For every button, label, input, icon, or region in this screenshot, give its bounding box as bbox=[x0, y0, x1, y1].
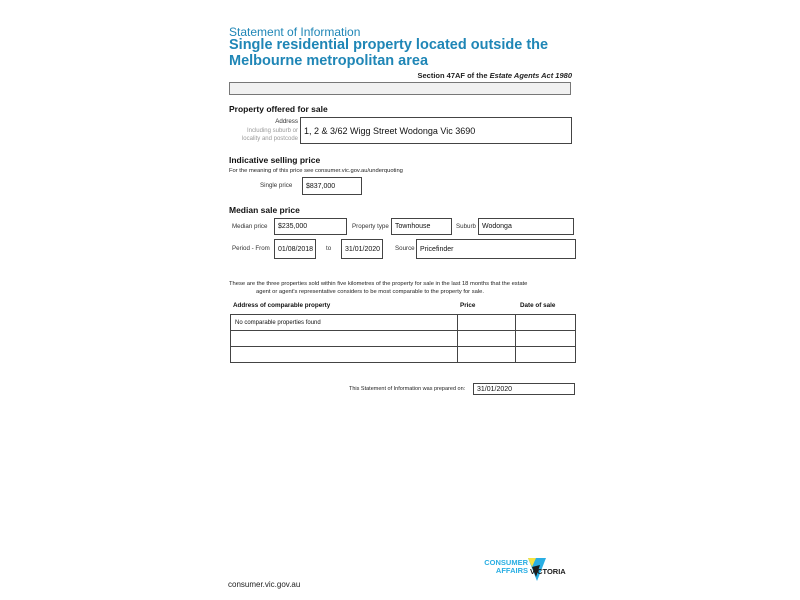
logo-text-victoria: VICTORIA bbox=[530, 567, 566, 576]
comparables-intro-line-1: These are the three properties sold with… bbox=[229, 280, 575, 288]
property-heading: Property offered for sale bbox=[229, 104, 328, 114]
median-price-label: Median price bbox=[232, 223, 267, 230]
address-hint-2: locality and postcode bbox=[230, 135, 298, 144]
comparables-table: No comparable properties found bbox=[230, 314, 576, 363]
comparable-address-cell[interactable] bbox=[230, 330, 458, 347]
col-header-price: Price bbox=[460, 302, 475, 309]
suburb-label: Suburb bbox=[456, 223, 476, 230]
table-row bbox=[230, 330, 576, 347]
period-from-label: Period - From bbox=[232, 245, 270, 252]
comparable-date-cell[interactable] bbox=[515, 346, 576, 363]
property-type-field[interactable]: Townhouse bbox=[391, 218, 452, 235]
address-field[interactable]: 1, 2 & 3/62 Wigg Street Wodonga Vic 3690 bbox=[300, 117, 572, 144]
section-reference: Section 47AF of the Estate Agents Act 19… bbox=[418, 71, 573, 80]
address-hint-1: Including suburb or bbox=[230, 127, 298, 136]
period-to-label: to bbox=[326, 245, 331, 252]
document-page: Statement of Information Single resident… bbox=[200, 0, 600, 600]
indicative-heading: Indicative selling price bbox=[229, 155, 320, 165]
prepared-on-label: This Statement of Information was prepar… bbox=[349, 386, 465, 392]
table-row: No comparable properties found bbox=[230, 314, 576, 331]
comparable-price-cell[interactable] bbox=[457, 330, 516, 347]
address-label-group: Address Including suburb or locality and… bbox=[230, 118, 298, 144]
source-field[interactable]: Pricefinder bbox=[416, 239, 576, 259]
comparables-intro: These are the three properties sold with… bbox=[229, 280, 575, 296]
underquoting-note: For the meaning of this price see consum… bbox=[229, 168, 403, 174]
col-header-address: Address of comparable property bbox=[233, 302, 330, 309]
single-price-label: Single price bbox=[260, 182, 292, 189]
comparables-intro-line-2: agent or agent's representative consider… bbox=[229, 288, 575, 296]
consumer-affairs-victoria-logo: CONSUMER AFFAIRS VICTORIA bbox=[480, 555, 580, 585]
comparable-price-cell[interactable] bbox=[457, 346, 516, 363]
period-from-field[interactable]: 01/08/2018 bbox=[274, 239, 316, 259]
median-heading: Median sale price bbox=[229, 205, 300, 215]
comparable-date-cell[interactable] bbox=[515, 314, 576, 331]
footer-url: consumer.vic.gov.au bbox=[228, 580, 300, 589]
period-to-field[interactable]: 31/01/2020 bbox=[341, 239, 383, 259]
logo-text-consumer-affairs: CONSUMER AFFAIRS bbox=[480, 559, 528, 575]
act-name: Estate Agents Act 1980 bbox=[490, 71, 572, 80]
source-label: Source bbox=[395, 245, 415, 252]
comparable-address-cell[interactable]: No comparable properties found bbox=[230, 314, 458, 331]
comparable-date-cell[interactable] bbox=[515, 330, 576, 347]
prepared-on-field[interactable]: 31/01/2020 bbox=[473, 383, 575, 395]
document-title: Single residential property located outs… bbox=[229, 37, 589, 69]
table-row bbox=[230, 346, 576, 363]
address-label: Address bbox=[230, 118, 298, 127]
col-header-date: Date of sale bbox=[520, 302, 555, 309]
property-type-label: Property type bbox=[352, 223, 389, 230]
comparable-address-cell[interactable] bbox=[230, 346, 458, 363]
agent-details-bar[interactable] bbox=[229, 82, 571, 95]
suburb-field[interactable]: Wodonga bbox=[478, 218, 574, 235]
title-line-2: Melbourne metropolitan area bbox=[229, 53, 589, 69]
median-price-field[interactable]: $235,000 bbox=[274, 218, 347, 235]
comparable-price-cell[interactable] bbox=[457, 314, 516, 331]
title-line-1: Single residential property located outs… bbox=[229, 37, 589, 53]
single-price-field[interactable]: $837,000 bbox=[302, 177, 362, 195]
